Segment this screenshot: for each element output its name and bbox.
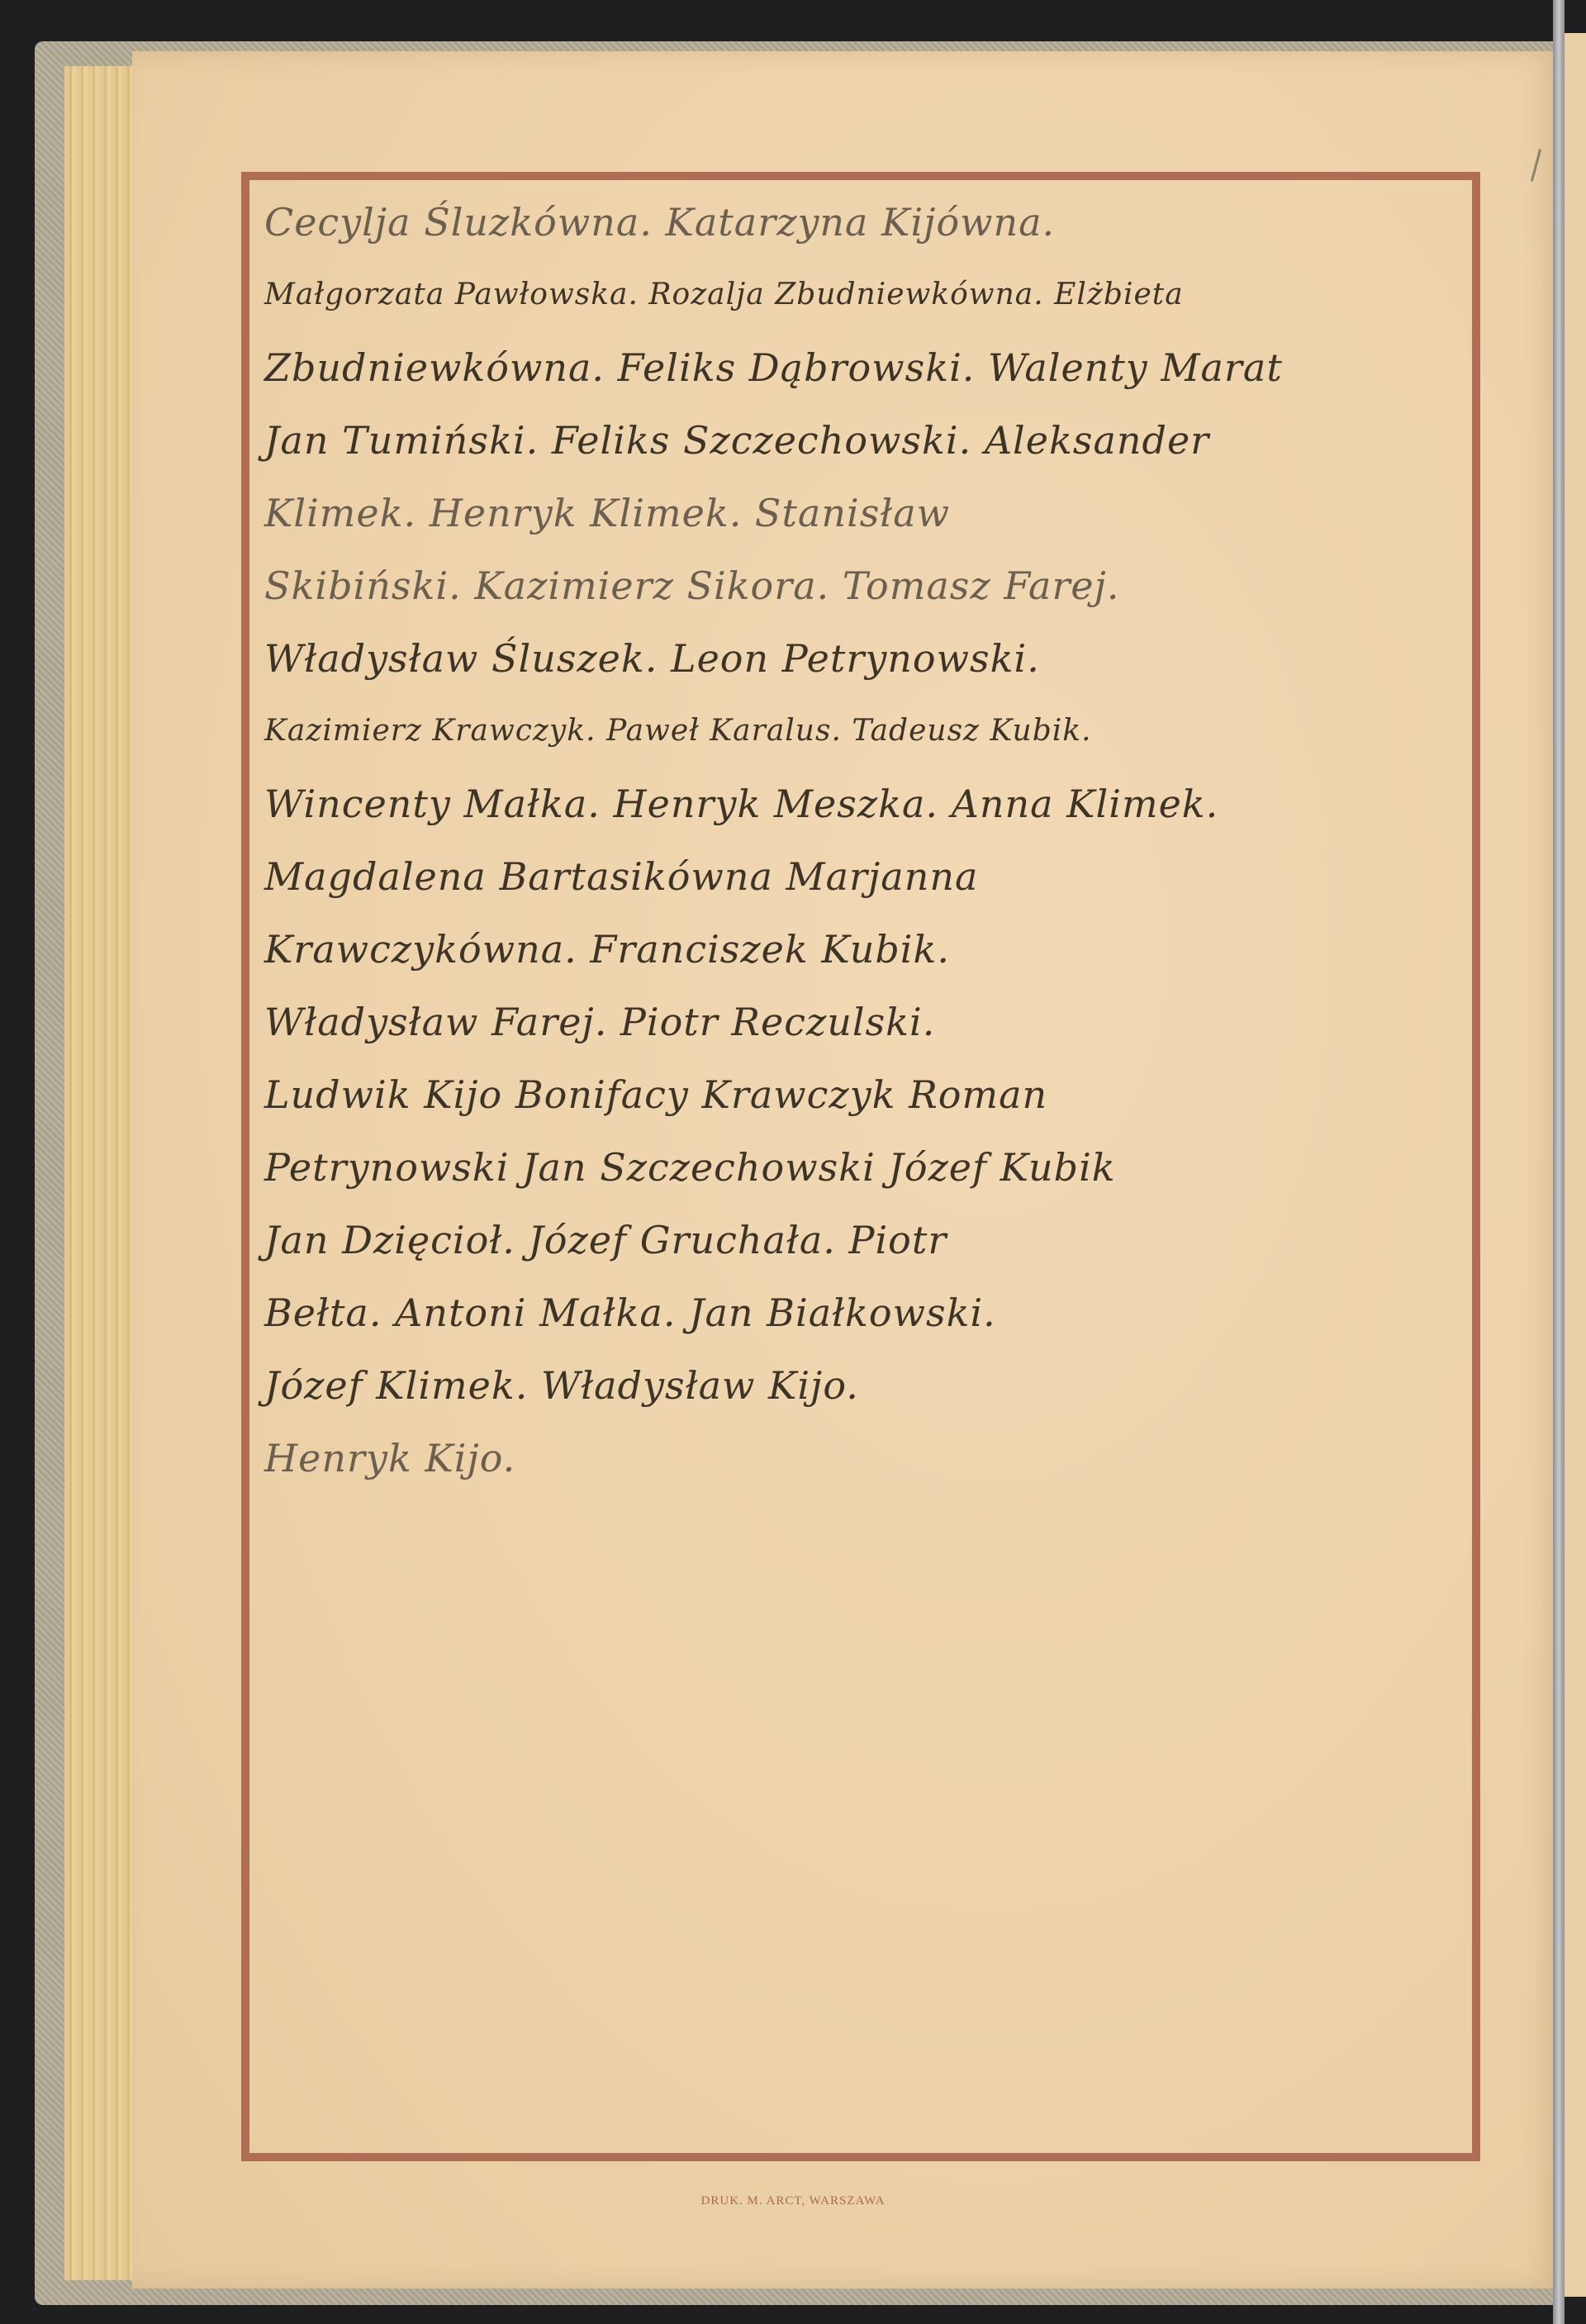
handwritten-line: Kazimierz Krawczyk. Paweł Karalus. Tadeu…	[264, 695, 1470, 768]
handwritten-line: Wincenty Małka. Henryk Meszka. Anna Klim…	[264, 768, 1470, 840]
page-edges	[64, 66, 140, 2280]
handwritten-line: Jan Tumiński. Feliks Szczechowski. Aleks…	[264, 404, 1470, 477]
facing-page-edge	[1565, 33, 1586, 2297]
handwritten-line: Małgorzata Pawłowska. Rozalja Zbudniewkó…	[264, 259, 1470, 331]
handwritten-line: Cecylja Śluzkówna. Katarzyna Kijówna.	[264, 186, 1470, 259]
handwritten-line: Krawczykówna. Franciszek Kubik.	[264, 913, 1470, 986]
handwritten-line: Petrynowski Jan Szczechowski Józef Kubik	[264, 1131, 1470, 1204]
handwritten-line: Władysław Farej. Piotr Reczulski.	[264, 986, 1470, 1058]
handwritten-line: Jan Dzięcioł. Józef Gruchała. Piotr	[264, 1204, 1470, 1276]
handwritten-line: Klimek. Henryk Klimek. Stanisław	[264, 477, 1470, 549]
book-gutter	[1553, 0, 1565, 2324]
printer-imprint: DRUK. M. ARCT, WARSZAWA	[0, 2194, 1586, 2208]
handwritten-name-list: Cecylja Śluzkówna. Katarzyna Kijówna. Ma…	[264, 186, 1470, 1495]
handwritten-line: Zbudniewkówna. Feliks Dąbrowski. Walenty…	[264, 331, 1470, 404]
handwritten-line: Henryk Kijo.	[264, 1422, 1470, 1495]
handwritten-line: Władysław Śluszek. Leon Petrynowski.	[264, 622, 1470, 695]
handwritten-line: Skibiński. Kazimierz Sikora. Tomasz Fare…	[264, 549, 1470, 622]
handwritten-line: Magdalena Bartasikówna Marjanna	[264, 840, 1470, 913]
handwritten-line: Józef Klimek. Władysław Kijo.	[264, 1349, 1470, 1422]
handwritten-line: Ludwik Kijo Bonifacy Krawczyk Roman	[264, 1058, 1470, 1131]
handwritten-line: Bełta. Antoni Małka. Jan Białkowski.	[264, 1276, 1470, 1349]
